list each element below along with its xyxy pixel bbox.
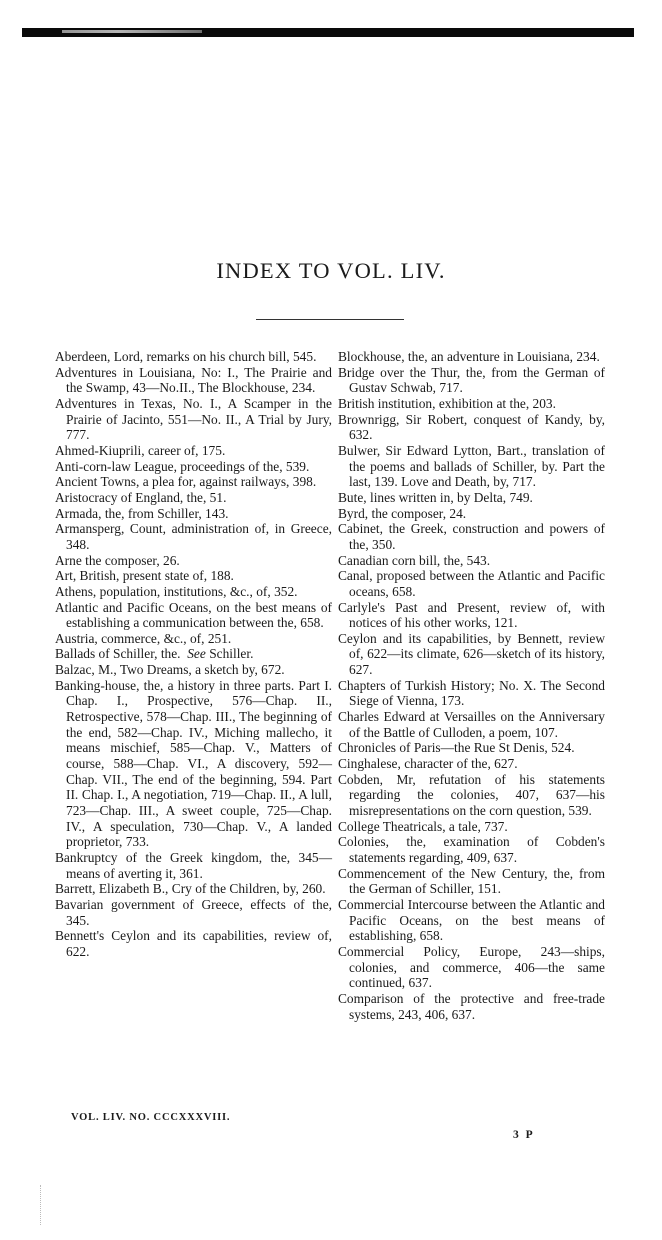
index-entry: Austria, commerce, &c., of, 251. — [55, 631, 332, 647]
index-entry: Athens, population, institutions, &c., o… — [55, 584, 332, 600]
index-entry: Banking-house, the, a history in three p… — [55, 678, 332, 850]
index-entry: Arne the composer, 26. — [55, 553, 332, 569]
index-entry: Commercial Intercourse between the Atlan… — [338, 897, 605, 944]
index-entry: Commencement of the New Century, the, fr… — [338, 866, 605, 897]
index-entry: Chronicles of Paris—the Rue St Denis, 52… — [338, 740, 605, 756]
index-entry: Bankruptcy of the Greek kingdom, the, 34… — [55, 850, 332, 881]
index-entry: Carlyle's Past and Present, review of, w… — [338, 600, 605, 631]
index-entry: Bulwer, Sir Edward Lytton, Bart., transl… — [338, 443, 605, 490]
index-entry: Blockhouse, the, an adventure in Louisia… — [338, 349, 605, 365]
index-entry: Cabinet, the Greek, construction and pow… — [338, 521, 605, 552]
scan-margin-specks — [40, 1185, 42, 1225]
index-entry: Bridge over the Thur, the, from the Germ… — [338, 365, 605, 396]
title-divider — [256, 319, 404, 320]
index-entry: Bute, lines written in, by Delta, 749. — [338, 490, 605, 506]
index-entry: British institution, exhibition at the, … — [338, 396, 605, 412]
index-entry: Cobden, Mr, refutation of his statements… — [338, 772, 605, 819]
volume-signature: VOL. LIV. NO. CCCXXXVIII. — [71, 1112, 230, 1123]
printer-signature-mark: 3 P — [513, 1129, 535, 1141]
index-entry: Canadian corn bill, the, 543. — [338, 553, 605, 569]
index-entry: Aristocracy of England, the, 51. — [55, 490, 332, 506]
index-entry: Commercial Policy, Europe, 243—ships, co… — [338, 944, 605, 991]
index-entry: Ahmed-Kiuprili, career of, 175. — [55, 443, 332, 459]
index-entry: Canal, proposed between the Atlantic and… — [338, 568, 605, 599]
index-entry: Balzac, M., Two Dreams, a sketch by, 672… — [55, 662, 332, 678]
see-label: See — [187, 646, 206, 661]
index-entry: Aberdeen, Lord, remarks on his church bi… — [55, 349, 332, 365]
index-entry: Charles Edward at Versailles on the Anni… — [338, 709, 605, 740]
index-entry: Comparison of the protective and free-tr… — [338, 991, 605, 1022]
index-entry-cross-reference: Ballads of Schiller, the. See Schiller. — [55, 646, 332, 662]
index-entry: College Theatricals, a tale, 737. — [338, 819, 605, 835]
index-entry: Adventures in Louisiana, No: I., The Pra… — [55, 365, 332, 396]
entry-heading: Ballads of Schiller, the. — [55, 646, 181, 661]
index-entry: Armada, the, from Schiller, 143. — [55, 506, 332, 522]
index-entry: Bennett's Ceylon and its capabilities, r… — [55, 928, 332, 959]
index-entry: Byrd, the composer, 24. — [338, 506, 605, 522]
index-entry: Ancient Towns, a plea for, against railw… — [55, 474, 332, 490]
index-entry: Barrett, Elizabeth B., Cry of the Childr… — [55, 881, 332, 897]
index-entry: Adventures in Texas, No. I., A Scamper i… — [55, 396, 332, 443]
scan-top-border — [22, 28, 634, 37]
index-entry: Atlantic and Pacific Oceans, on the best… — [55, 600, 332, 631]
index-column-left: Aberdeen, Lord, remarks on his church bi… — [55, 349, 332, 960]
page-title: INDEX TO VOL. LIV. — [0, 258, 662, 284]
index-entry: Brownrigg, Sir Robert, conquest of Kandy… — [338, 412, 605, 443]
index-entry: Chapters of Turkish History; No. X. The … — [338, 678, 605, 709]
index-entry: Colonies, the, examination of Cobden's s… — [338, 834, 605, 865]
index-entry: Art, British, present state of, 188. — [55, 568, 332, 584]
index-entry: Anti-corn-law League, proceedings of the… — [55, 459, 332, 475]
index-entry: Bavarian government of Greece, effects o… — [55, 897, 332, 928]
see-target: Schiller. — [209, 646, 253, 661]
index-entry: Armansperg, Count, administration of, in… — [55, 521, 332, 552]
index-entry: Ceylon and its capabilities, by Bennett,… — [338, 631, 605, 678]
index-column-right: Blockhouse, the, an adventure in Louisia… — [338, 349, 605, 1022]
index-entry: Cinghalese, character of the, 627. — [338, 756, 605, 772]
